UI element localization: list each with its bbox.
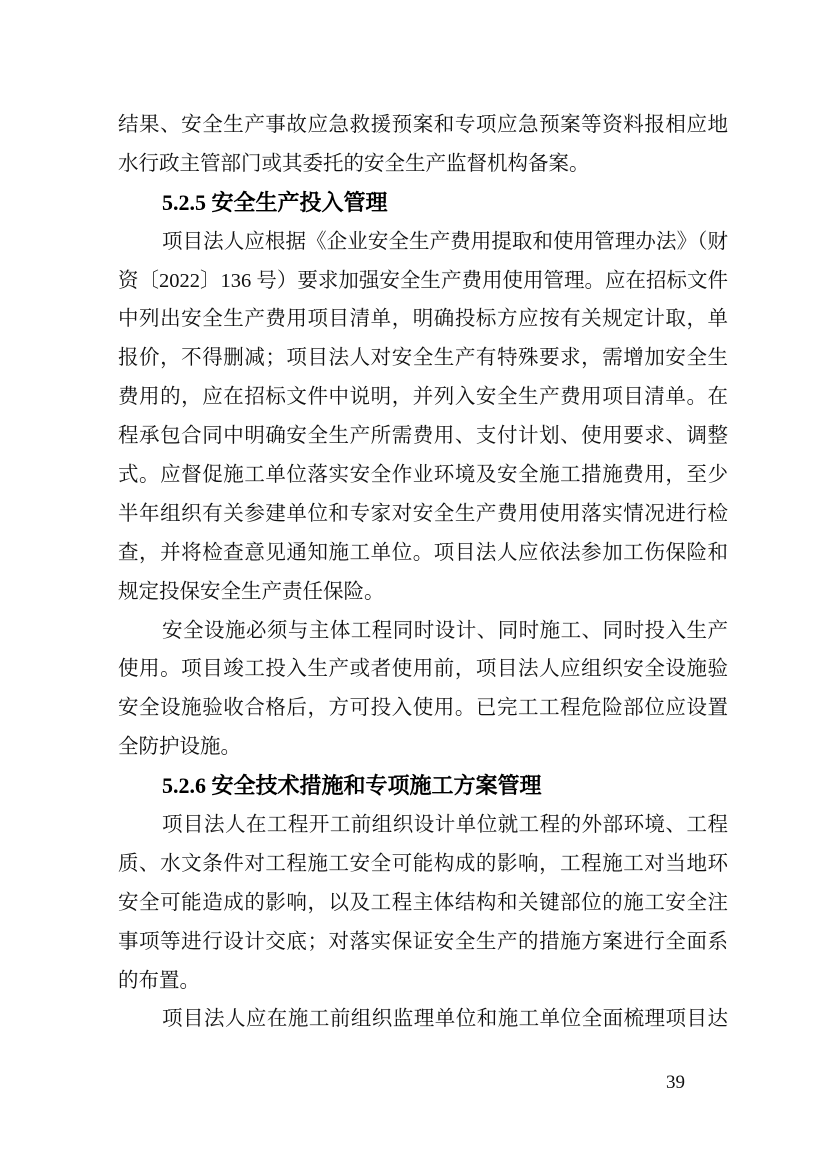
text-line: 费用的，应在招标文件中说明，并列入安全生产费用项目清单。在工 <box>118 378 728 417</box>
text-line: 质、水文条件对工程施工安全可能构成的影响，工程施工对当地环境 <box>118 845 728 884</box>
page-number: 39 <box>666 1068 710 1098</box>
text-line: 全防护设施。 <box>118 728 728 767</box>
text-line: 中列出安全生产费用项目清单，明确投标方应按有关规定计取，单独 <box>118 300 728 339</box>
paragraph-design-disclosure: 项目法人在工程开工前组织设计单位就工程的外部环境、工程地 质、水文条件对工程施工… <box>118 806 728 1000</box>
text-line: 事项等进行设计交底；对落实保证安全生产的措施方案进行全面系统 <box>118 923 728 962</box>
text-line: 安全设施必须与主体工程同时设计、同时施工、同时投入生产和 <box>118 612 728 651</box>
paragraph-safety-investment: 项目法人应根据《企业安全生产费用提取和使用管理办法》（财 资〔2022〕136 … <box>118 223 728 612</box>
paragraph-pre-construction-review: 项目法人应在施工前组织监理单位和施工单位全面梳理项目达 <box>118 1000 728 1039</box>
paragraph-filing-continuation: 结果、安全生产事故应急救援预案和专项应急预案等资料报相应地方 水行政主管部门或其… <box>118 106 728 184</box>
section-heading-5-2-6: 5.2.6 安全技术措施和专项施工方案管理 <box>118 767 728 806</box>
section-heading-5-2-5: 5.2.5 安全生产投入管理 <box>118 184 728 223</box>
text-line: 资〔2022〕136 号）要求加强安全生产费用使用管理。应在招标文件 <box>118 262 728 301</box>
text-line: 规定投保安全生产责任保险。 <box>118 573 728 612</box>
document-page: 结果、安全生产事故应急救援预案和专项应急预案等资料报相应地方 水行政主管部门或其… <box>0 0 826 1169</box>
text-line: 项目法人在工程开工前组织设计单位就工程的外部环境、工程地 <box>118 806 728 845</box>
text-line: 项目法人应根据《企业安全生产费用提取和使用管理办法》（财 <box>118 223 728 262</box>
text-line: 的布置。 <box>118 962 728 1001</box>
text-line: 半年组织有关参建单位和专家对安全生产费用使用落实情况进行检 <box>118 495 728 534</box>
text-line: 查，并将检查意见通知施工单位。项目法人应依法参加工伤保险和按 <box>118 534 728 573</box>
text-line: 报价，不得删减；项目法人对安全生产有特殊要求，需增加安全生产 <box>118 339 728 378</box>
text-line: 安全可能造成的影响，以及工程主体结构和关键部位的施工安全注意 <box>118 884 728 923</box>
text-line: 结果、安全生产事故应急救援预案和专项应急预案等资料报相应地方 <box>118 106 728 145</box>
paragraph-safety-facilities: 安全设施必须与主体工程同时设计、同时施工、同时投入生产和 使用。项目竣工投入生产… <box>118 612 728 768</box>
document-body: 结果、安全生产事故应急救援预案和专项应急预案等资料报相应地方 水行政主管部门或其… <box>118 106 728 1039</box>
text-line: 使用。项目竣工投入生产或者使用前，项目法人应组织安全设施验收， <box>118 650 728 689</box>
text-line: 水行政主管部门或其委托的安全生产监督机构备案。 <box>118 145 728 184</box>
text-line: 程承包合同中明确安全生产所需费用、支付计划、使用要求、调整方 <box>118 417 728 456</box>
text-line: 式。应督促施工单位落实安全作业环境及安全施工措施费用，至少每 <box>118 456 728 495</box>
text-line: 安全设施验收合格后，方可投入使用。已完工工程危险部位应设置安 <box>118 689 728 728</box>
text-line: 项目法人应在施工前组织监理单位和施工单位全面梳理项目达 <box>118 1000 728 1039</box>
